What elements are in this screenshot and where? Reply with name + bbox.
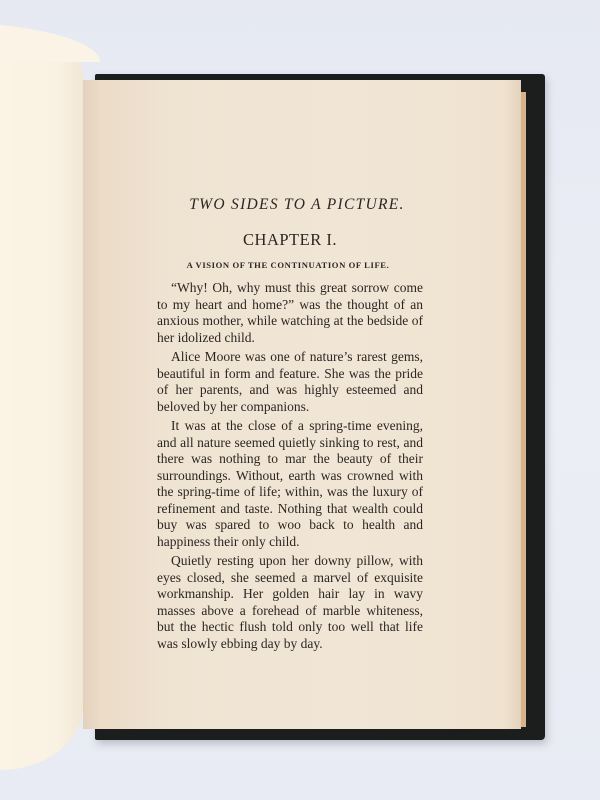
paragraph: “Why! Oh, why must this great sorrow com… bbox=[157, 280, 423, 346]
paragraph: It was at the close of a spring-time eve… bbox=[157, 418, 423, 550]
paragraph: Quietly resting upon her downy pillow, w… bbox=[157, 553, 423, 652]
book-title: TWO SIDES TO A PICTURE. bbox=[171, 196, 423, 214]
left-page bbox=[0, 30, 83, 770]
page-text: TWO SIDES TO A PICTURE. CHAPTER I. A VIS… bbox=[157, 196, 423, 655]
chapter-subtitle: A VISION OF THE CONTINUATION OF LIFE. bbox=[153, 260, 423, 270]
paragraph: Alice Moore was one of nature’s rarest g… bbox=[157, 349, 423, 415]
chapter-heading: CHAPTER I. bbox=[157, 230, 423, 250]
